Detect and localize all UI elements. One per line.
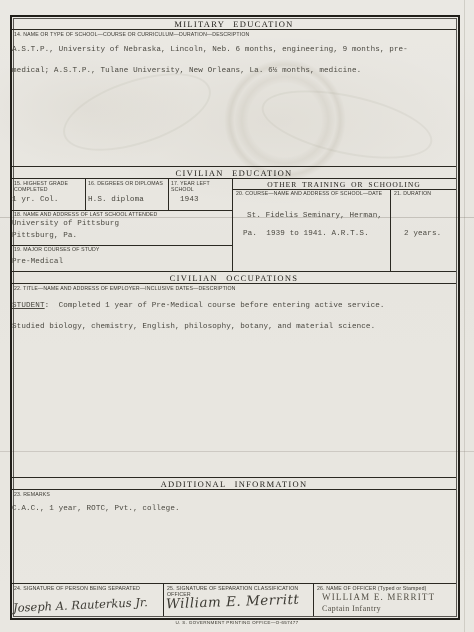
divider (12, 489, 456, 490)
field20-value-line2: Pa. 1939 to 1941. A.R.T.S. (243, 230, 369, 239)
field15-label: 15. HIGHEST GRADE COMPLETED (14, 181, 78, 193)
field16-label: 16. DEGREES OR DIPLOMAS (88, 181, 166, 187)
field20-label: 20. COURSE—NAME AND ADDRESS OF SCHOOL—DA… (236, 191, 386, 197)
field18-label: 18. NAME AND ADDRESS OF LAST SCHOOL ATTE… (14, 212, 224, 218)
officer-name-stamp: WILLIAM E. MERRITT (322, 592, 435, 602)
divider (232, 178, 233, 271)
field18-value-line1: University of Pittsburg (12, 220, 119, 229)
field19-value: Pre-Medical (12, 258, 63, 267)
divider (12, 283, 456, 284)
divider (168, 178, 169, 210)
form-border (10, 15, 460, 620)
field17-value: 1943 (180, 196, 199, 205)
divider (12, 29, 456, 30)
field22-term: STUDENT (12, 302, 45, 310)
field19-label: 19. MAJOR COURSES OF STUDY (14, 247, 224, 253)
field21-label: 21. DURATION (394, 191, 452, 197)
field16-value: H.S. diploma (88, 196, 144, 205)
divider (12, 178, 456, 179)
field17-label: 17. YEAR LEFT SCHOOL (171, 181, 221, 193)
field24-label: 24. SIGNATURE OF PERSON BEING SEPARATED (14, 586, 159, 592)
field14-value-line2: medical; A.S.T.P., Tulane University, Ne… (12, 67, 361, 76)
field23-value: C.A.C., 1 year, ROTC, Pvt., college. (12, 505, 180, 514)
officer-rank-stamp: Captain Infantry (322, 604, 381, 613)
field22-line1-rest: : Completed 1 year of Pre-Medical course… (45, 302, 385, 310)
gpo-imprint: U. S. GOVERNMENT PRINTING OFFICE—O-65747… (117, 620, 357, 625)
divider (12, 210, 232, 211)
divider (232, 189, 456, 190)
field20-value-line1: St. Fidelis Seminary, Herman, (247, 212, 382, 221)
paper-edge-crease (464, 0, 465, 632)
section-title-civilian-education: CIVILIAN EDUCATION (12, 168, 456, 178)
divider (85, 178, 86, 210)
section-title-civilian-occupations: CIVILIAN OCCUPATIONS (12, 273, 456, 283)
field22-label: 22. TITLE—NAME AND ADDRESS OF EMPLOYER—I… (14, 286, 434, 292)
field15-value: 1 yr. Col. (12, 196, 59, 205)
divider (12, 166, 456, 167)
divider (12, 583, 456, 584)
field14-value-line1: A.S.T.P., University of Nebraska, Lincol… (12, 46, 408, 55)
section-title-military-education: MILITARY EDUCATION (12, 19, 456, 29)
field22-value-line1: STUDENT: Completed 1 year of Pre-Medical… (12, 302, 385, 311)
divider (12, 271, 456, 272)
field14-label: 14. NAME OR TYPE OF SCHOOL—COURSE OR CUR… (14, 32, 434, 38)
divider (163, 583, 164, 616)
section-title-additional-information: ADDITIONAL INFORMATION (12, 479, 456, 489)
scanned-form-page: MILITARY EDUCATION 14. NAME OR TYPE OF S… (0, 0, 474, 632)
field23-label: 23. REMARKS (14, 492, 214, 498)
field22-value-line2: Studied biology, chemistry, English, phi… (12, 323, 375, 332)
field21-value: 2 years. (404, 230, 441, 239)
divider (390, 189, 391, 271)
divider (313, 583, 314, 616)
divider (12, 245, 232, 246)
field18-value-line2: Pittsburg, Pa. (12, 232, 77, 241)
other-training-title: OTHER TRAINING OR SCHOOLING (232, 180, 456, 189)
divider (12, 477, 456, 478)
